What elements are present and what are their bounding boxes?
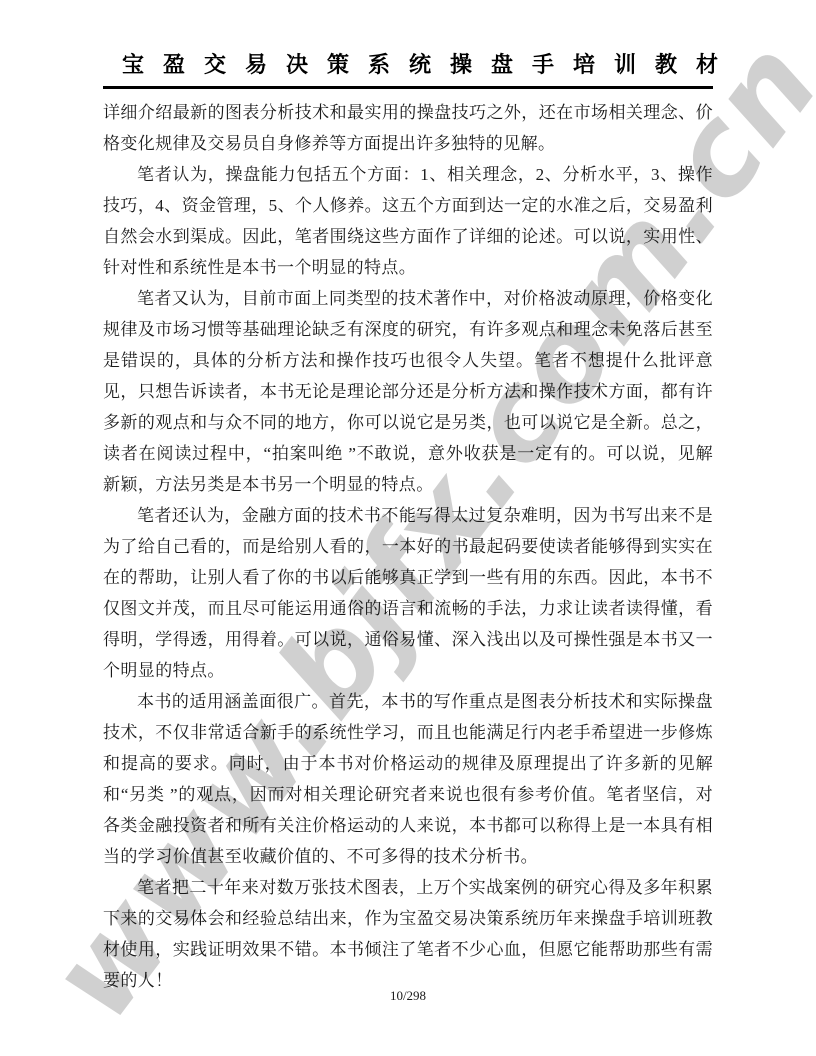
paragraph: 笔者还认为，金融方面的技术书不能写得太过复杂难明，因为书写出来不是为了给自己看的… bbox=[103, 500, 713, 686]
paragraph: 笔者又认为，目前市面上同类型的技术著作中，对价格波动原理，价格变化规律及市场习惯… bbox=[103, 283, 713, 500]
paragraph: 笔者把二十年来对数万张技术图表，上万个实战案例的研究心得及多年积累下来的交易体会… bbox=[103, 872, 713, 996]
body-text: 详细介绍最新的图表分析技术和最实用的操盘技巧之外，还在市场相关理念、价格变化规律… bbox=[103, 97, 713, 996]
paragraph: 笔者认为，操盘能力包括五个方面：1、相关理念，2、分析水平，3、操作技巧，4、资… bbox=[103, 159, 713, 283]
document-page: www.bjfx.com.cn 宝盈交易决策系统操盘手培训教材 详细介绍最新的图… bbox=[0, 0, 816, 1056]
page-number: 10/298 bbox=[0, 988, 816, 1004]
page-header-title: 宝盈交易决策系统操盘手培训教材 bbox=[103, 48, 713, 79]
paragraph: 详细介绍最新的图表分析技术和最实用的操盘技巧之外，还在市场相关理念、价格变化规律… bbox=[103, 97, 713, 159]
header-rule bbox=[103, 86, 713, 89]
paragraph: 本书的适用涵盖面很广。首先，本书的写作重点是图表分析技术和实际操盘技术，不仅非常… bbox=[103, 686, 713, 872]
page-content: 宝盈交易决策系统操盘手培训教材 详细介绍最新的图表分析技术和最实用的操盘技巧之外… bbox=[103, 0, 713, 996]
